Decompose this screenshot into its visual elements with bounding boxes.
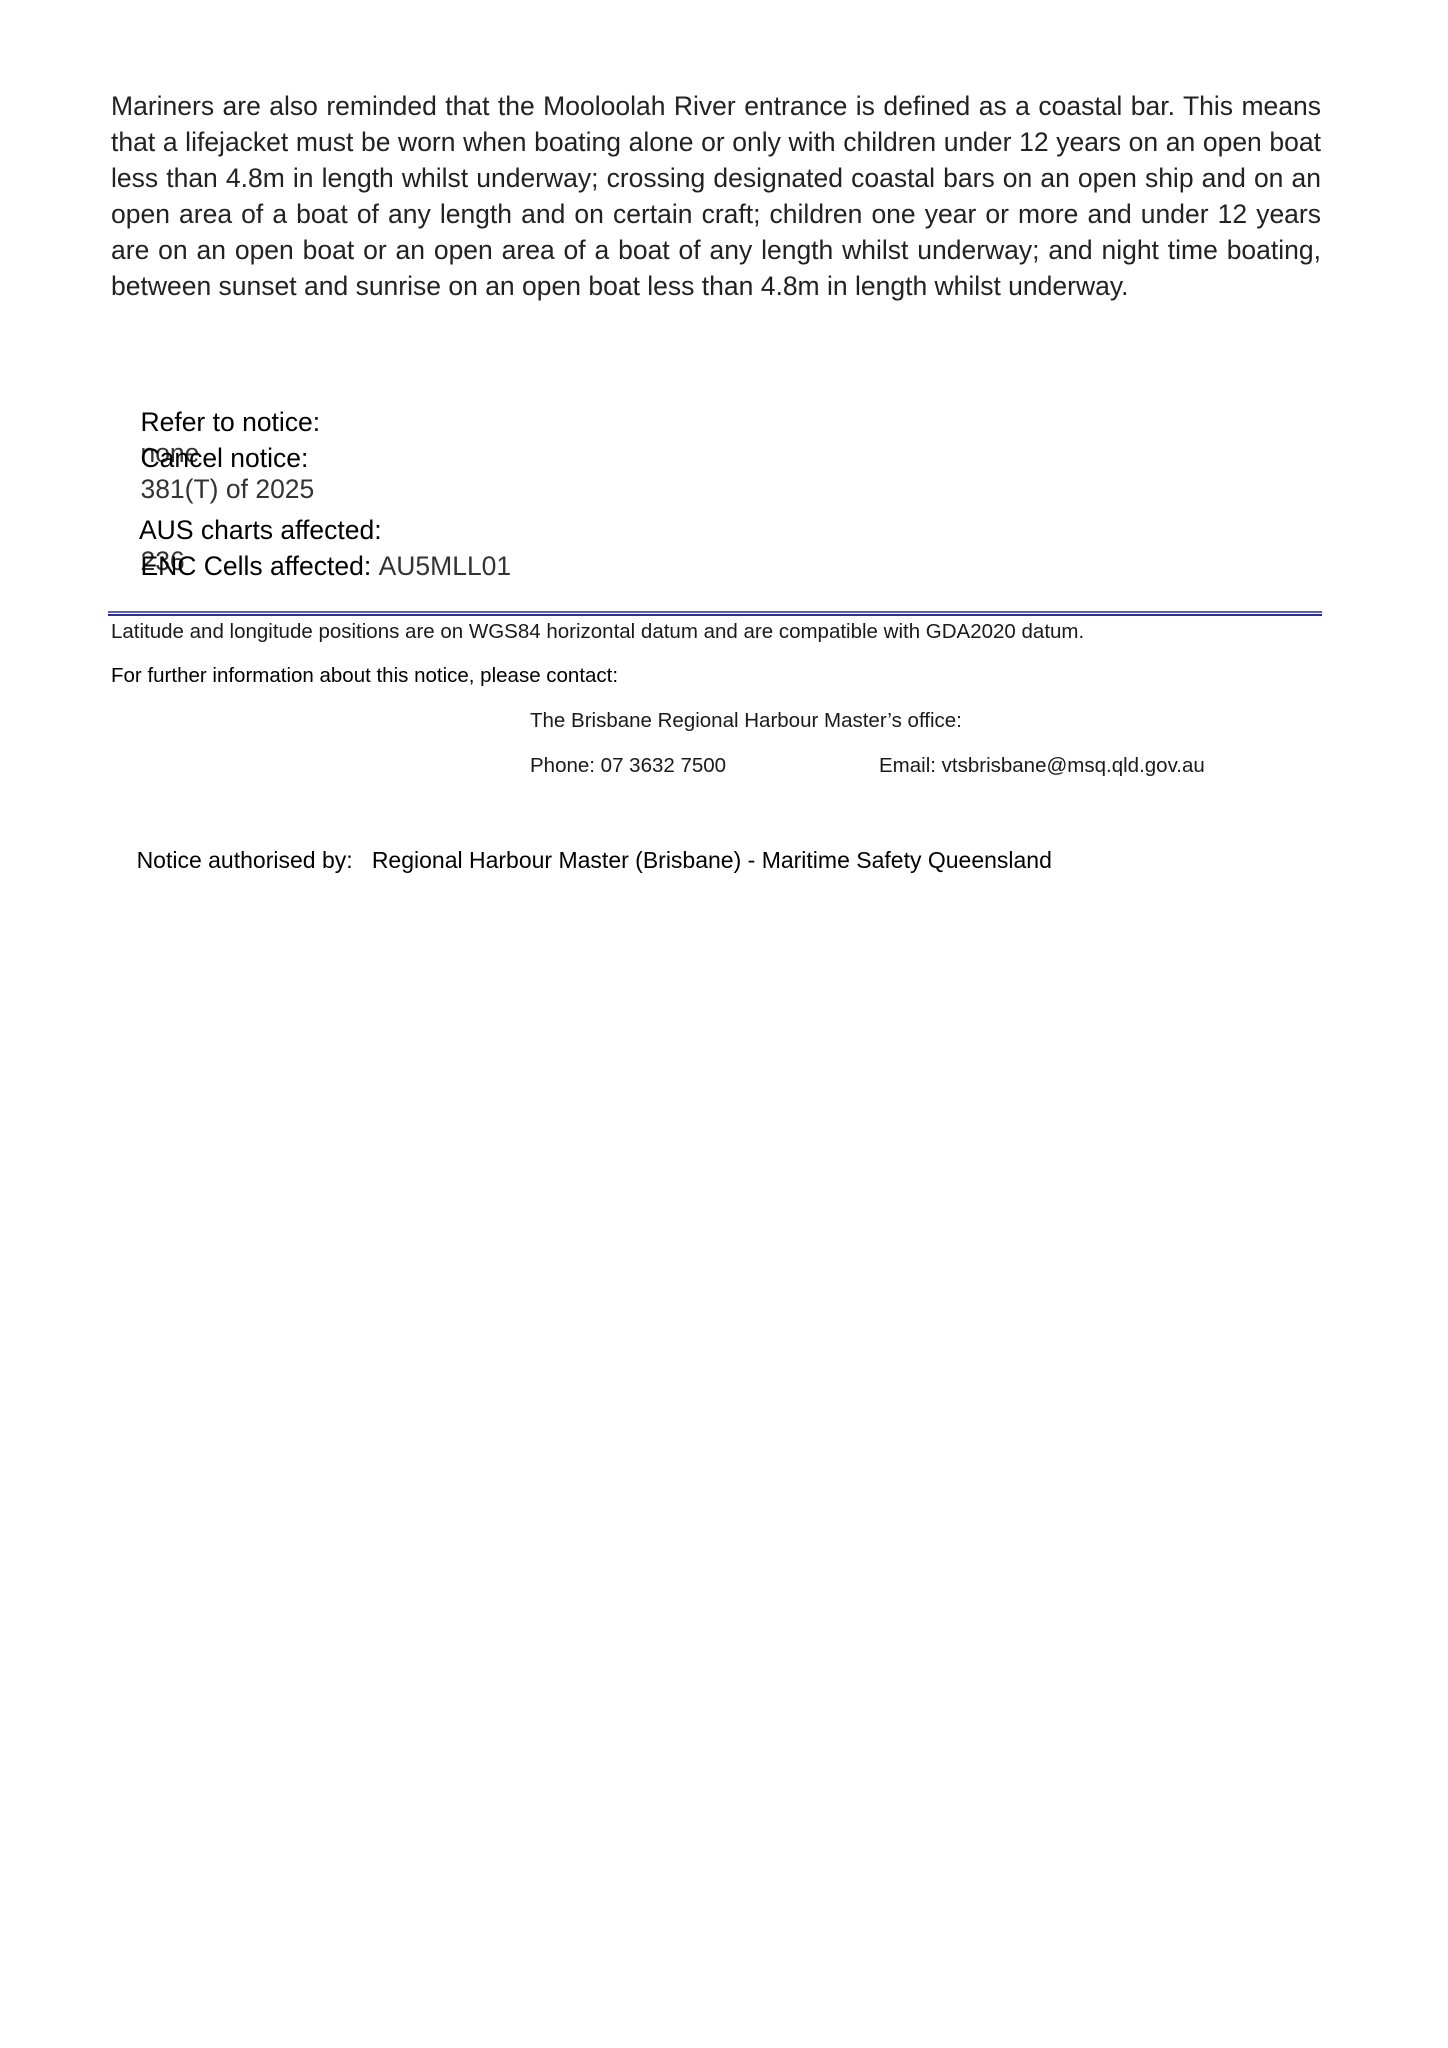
- office-name: The Brisbane Regional Harbour Master’s o…: [530, 709, 962, 733]
- enc-cells-value: AU5MLL01: [379, 551, 512, 581]
- enc-cells-affected: ENC Cells affected: AU5MLL01: [111, 520, 511, 613]
- enc-cells-label: ENC Cells affected:: [140, 551, 371, 581]
- authorised-label: Notice authorised by:: [137, 847, 353, 873]
- contact-header: For further information about this notic…: [111, 664, 618, 688]
- authorisation: Notice authorised by: Regional Harbour M…: [111, 820, 1052, 901]
- datum-note: Latitude and longitude positions are on …: [111, 620, 1084, 644]
- cancel-notice-label: Cancel notice:: [140, 443, 308, 473]
- email-address: Email: vtsbrisbane@msq.qld.gov.au: [879, 754, 1205, 778]
- notice-page: Mariners are also reminded that the Mool…: [0, 0, 1448, 2048]
- coastal-bar-paragraph: Mariners are also reminded that the Mool…: [111, 88, 1321, 304]
- phone-number: Phone: 07 3632 7500: [530, 754, 726, 778]
- section-divider: [108, 611, 1322, 616]
- authorised-value: Regional Harbour Master (Brisbane) - Mar…: [372, 847, 1052, 873]
